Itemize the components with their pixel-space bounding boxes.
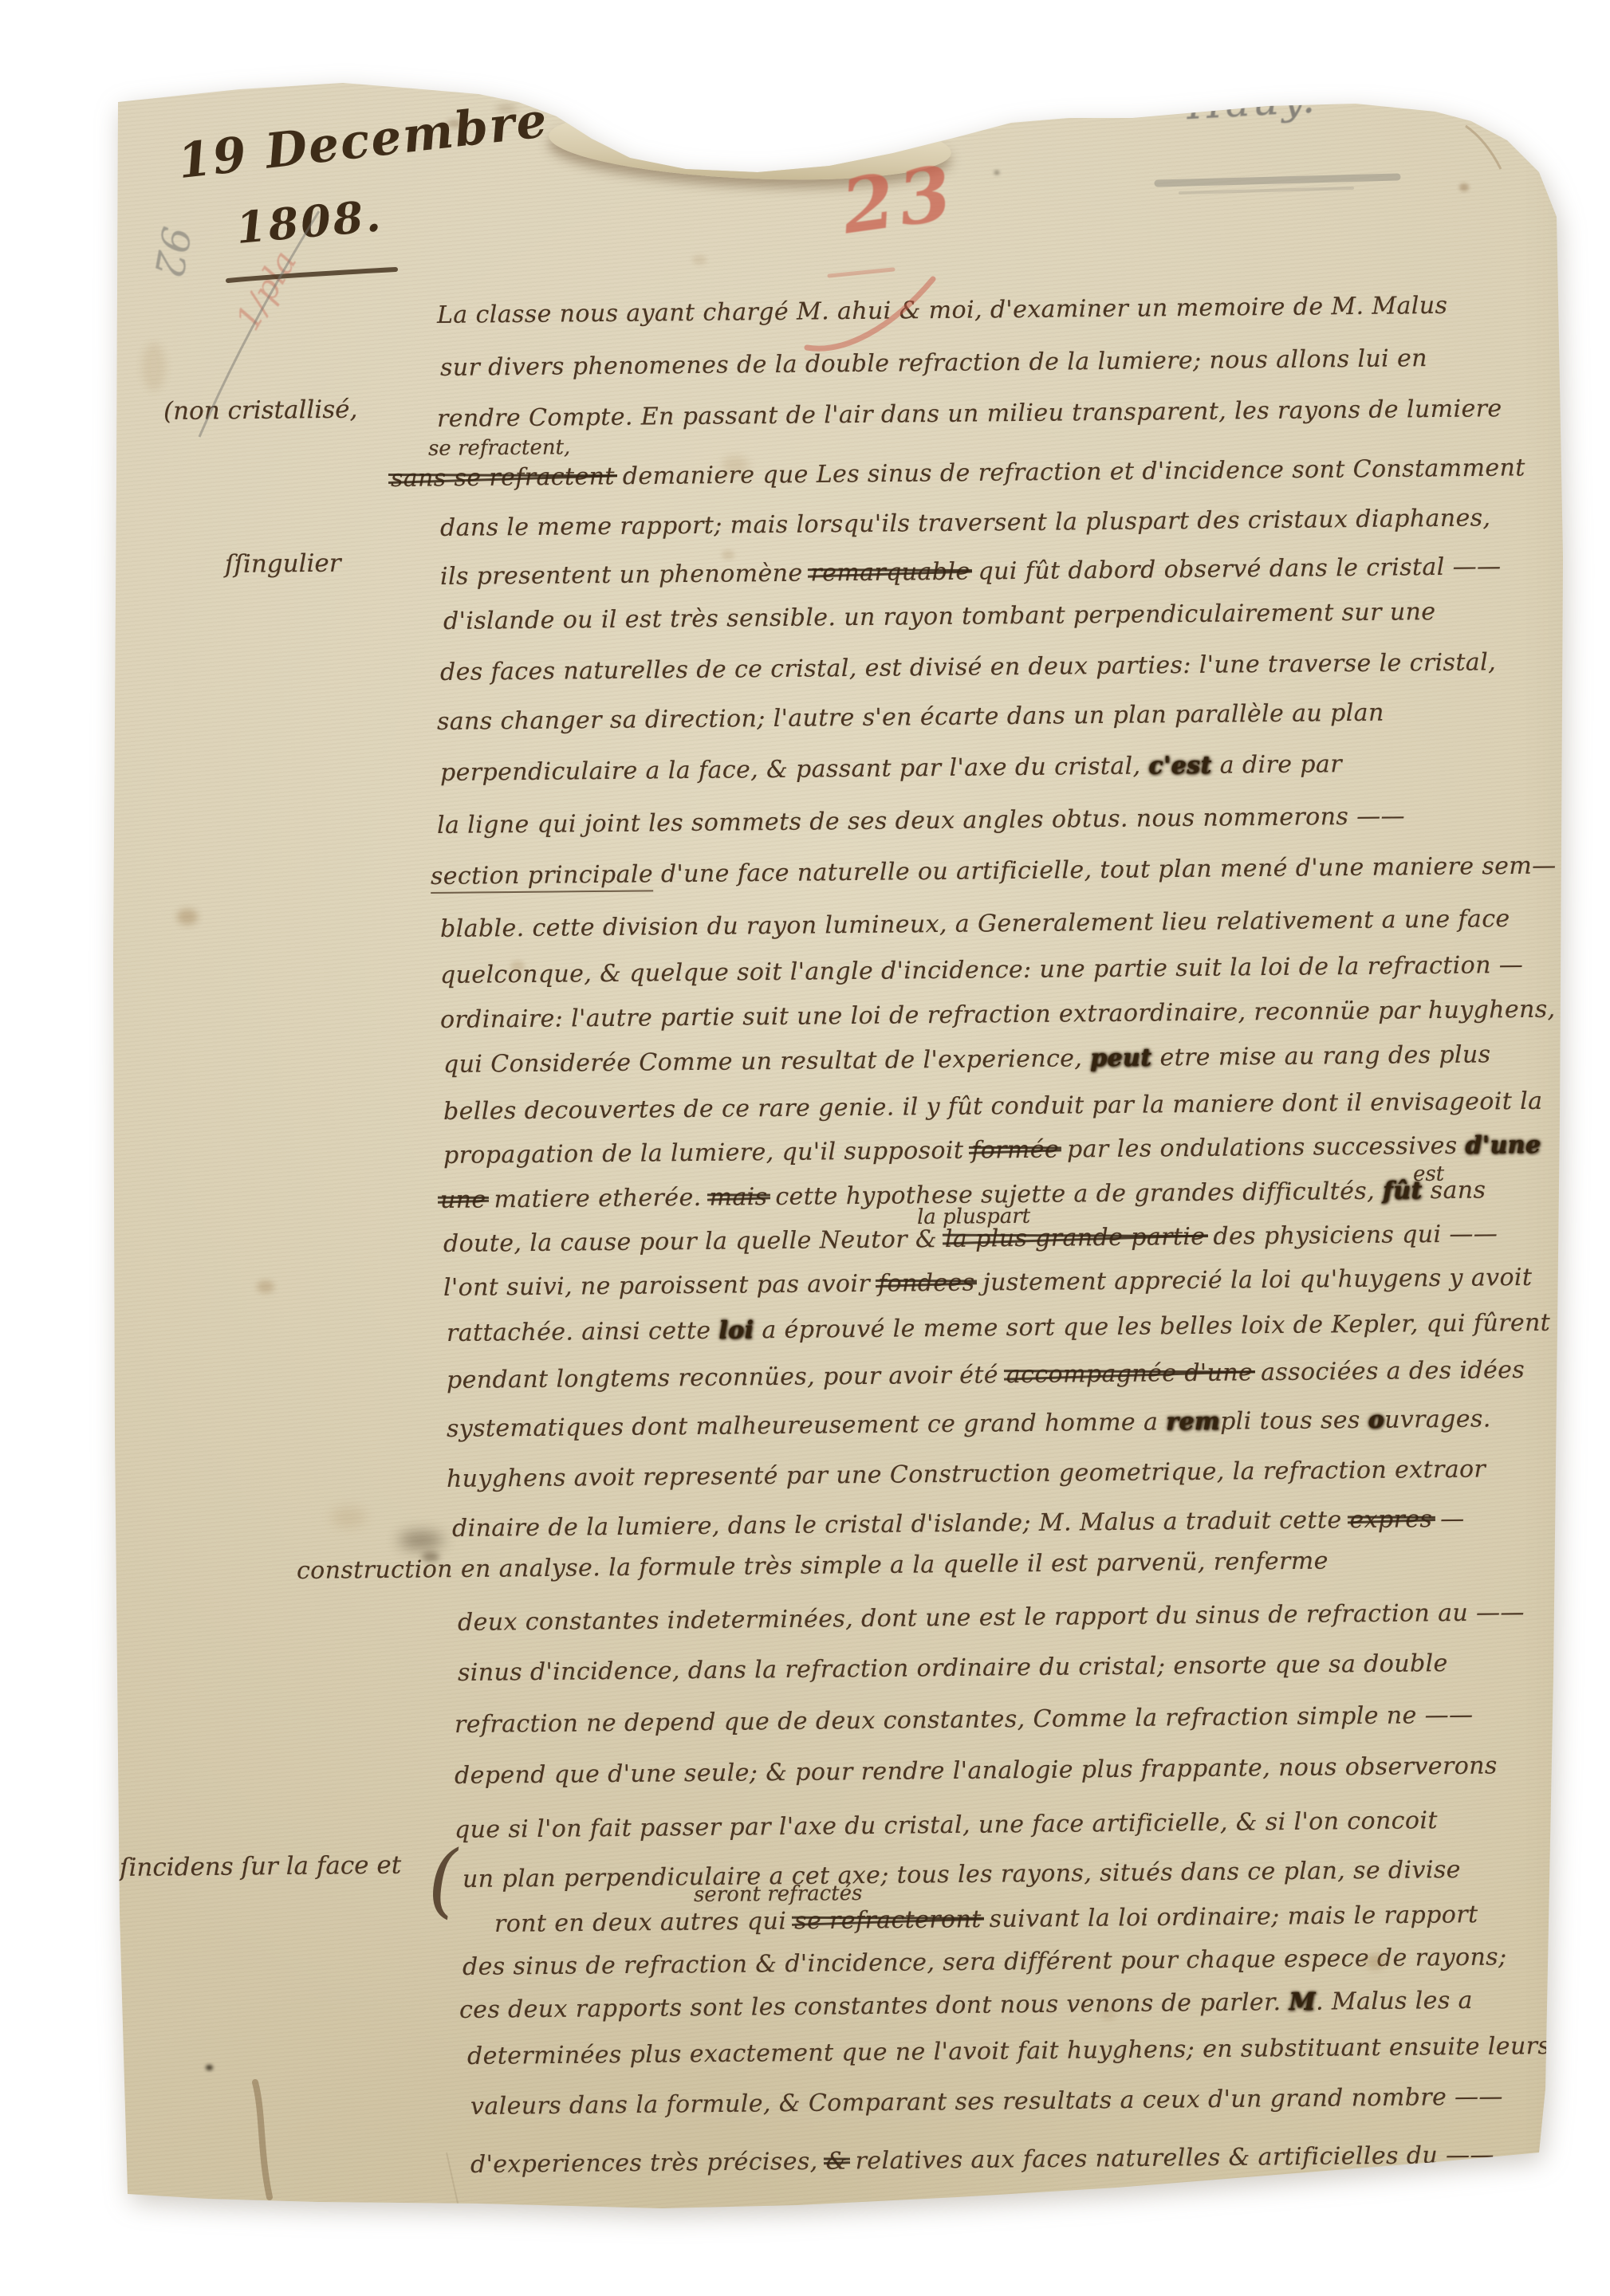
crossed-out-text: mais bbox=[709, 1183, 767, 1212]
manuscript-line: doute, la cause pour la quelle Neutor & … bbox=[443, 1220, 1498, 1258]
handwritten-text: etre mise au rang des plus bbox=[1151, 1040, 1490, 1071]
handwritten-text: des faces naturelles de ce cristal, est … bbox=[440, 648, 1496, 686]
manuscript-line: determinées plus exactement que ne l'avo… bbox=[467, 2032, 1551, 2070]
handwritten-text: relatives aux faces naturelles & artific… bbox=[847, 2141, 1494, 2176]
red-smudge-mark bbox=[829, 269, 893, 276]
handwritten-text: dans le meme rapport; mais lorsqu'ils tr… bbox=[440, 504, 1491, 542]
handwritten-text: refraction ne depend que de deux constan… bbox=[455, 1701, 1474, 1739]
handwritten-text: deux constantes indeterminées, dont une … bbox=[458, 1598, 1525, 1637]
crossed-out-text: sans se refractent bbox=[391, 462, 615, 493]
paper-stain bbox=[331, 1507, 366, 1527]
handwritten-text: qui Considerée Comme un resultat de l'ex… bbox=[443, 1044, 1091, 1079]
handwritten-text: qui fût dabord observé dans le cristal —… bbox=[970, 552, 1501, 585]
pencil-corner-number: 92 bbox=[145, 223, 199, 281]
handwritten-text: M bbox=[1289, 1988, 1316, 2016]
handwritten-text: ordinaire: l'autre partie suit une loi d… bbox=[440, 995, 1588, 1034]
handwritten-text: systematiques dont malheureusement ce gr… bbox=[447, 1408, 1167, 1443]
manuscript-line: blable. cette division du rayon lumineux… bbox=[440, 905, 1510, 943]
manuscript-line: sinus d'incidence, dans la refraction or… bbox=[458, 1649, 1448, 1687]
paper-stain bbox=[142, 343, 166, 391]
red-diagonal-note: 1/pla bbox=[228, 244, 305, 337]
handwritten-text: uvrages. bbox=[1384, 1405, 1491, 1433]
handwritten-text: loi bbox=[718, 1316, 754, 1344]
handwritten-text: un plan perpendiculaire a cet axe; tous … bbox=[463, 1856, 1461, 1893]
paper-stain bbox=[994, 171, 999, 175]
handwritten-text: que si l'on fait passer par l'axe du cri… bbox=[455, 1807, 1438, 1844]
paper-shadow-wrap: 19 Decembre 1808. 23 Haüy. 92 1/pla ( (n… bbox=[0, 0, 1610, 2296]
manuscript-line: que si l'on fait passer par l'axe du cri… bbox=[455, 1807, 1438, 1844]
handwritten-text: . Malus les a bbox=[1316, 1987, 1473, 2016]
handwritten-text: dinaire de la lumiere, dans le cristal d… bbox=[452, 1506, 1350, 1543]
handwritten-text: cette hypothese sujette a de grandes dif… bbox=[767, 1177, 1383, 1211]
handwritten-text: suivant la loi ordinaire; mais le rappor… bbox=[982, 1901, 1478, 1933]
crossed-out-text: une bbox=[440, 1185, 486, 1214]
handwritten-text: sans changer sa direction; l'autre s'en … bbox=[437, 699, 1384, 736]
handwritten-text: construction en analyse. la formule très… bbox=[297, 1547, 1329, 1585]
handwritten-text: pendant longtems reconnües, pour avoir é… bbox=[447, 1361, 1006, 1394]
manuscript-line: ces deux rapports sont les constantes do… bbox=[459, 1987, 1473, 2024]
handwritten-text: des sinus de refraction & d'incidence, s… bbox=[463, 1943, 1507, 1981]
paper-stain bbox=[1459, 183, 1469, 191]
crossed-out-text: formée bbox=[971, 1136, 1059, 1165]
handwritten-text: sur divers phenomenes de la double refra… bbox=[440, 344, 1427, 382]
date-line-2: 1808. bbox=[234, 190, 385, 254]
manuscript-line: systematiques dont malheureusement ce gr… bbox=[447, 1405, 1491, 1443]
handwritten-text: justement apprecié la loi qu'huygens y a… bbox=[974, 1264, 1532, 1297]
pencil-smudge-line-2 bbox=[1180, 188, 1352, 193]
manuscript-line: refraction ne depend que de deux constan… bbox=[455, 1701, 1474, 1739]
crossed-out-text: expres bbox=[1349, 1505, 1432, 1534]
manuscript-line: l'ont suivi, ne paroissent pas avoir fon… bbox=[443, 1264, 1533, 1302]
paper-stain bbox=[177, 909, 198, 925]
handwritten-text: rendre Compte. En passant de l'air dans … bbox=[437, 395, 1502, 433]
scanned-manuscript-photo: 19 Decembre 1808. 23 Haüy. 92 1/pla ( (n… bbox=[0, 0, 1610, 2296]
paper-stain bbox=[206, 2065, 213, 2070]
manuscript-line: sans se refractent demaniere que Les sin… bbox=[391, 454, 1525, 493]
manuscript-line: ront en deux autres qui se refracteront … bbox=[494, 1901, 1478, 1938]
manuscript-line: d'islande ou il est très sensible. un ra… bbox=[443, 598, 1436, 635]
corner-fold-crease bbox=[1466, 126, 1501, 169]
handwritten-text: des physiciens qui —— bbox=[1205, 1220, 1498, 1251]
handwritten-text: ils presentent un phenomène bbox=[440, 560, 811, 591]
handwritten-text: determinées plus exactement que ne l'avo… bbox=[467, 2032, 1551, 2070]
handwritten-text: rattachée. ainsi cette bbox=[447, 1317, 719, 1347]
manuscript-line: dinaire de la lumiere, dans le cristal d… bbox=[452, 1505, 1465, 1543]
margin-note: ſincidens ſur la face et bbox=[120, 1851, 402, 1882]
manuscript-line: valeurs dans la formule, & Comparant ses… bbox=[470, 2083, 1503, 2121]
manuscript-line: rattachée. ainsi cette loi a éprouvé le … bbox=[447, 1309, 1551, 1347]
paper-stain bbox=[692, 255, 707, 265]
crossed-out-text: la plus grande partie bbox=[945, 1223, 1206, 1253]
handwritten-text: peut bbox=[1090, 1044, 1152, 1072]
paper-stain bbox=[399, 1532, 443, 1548]
manuscript-line: rendre Compte. En passant de l'air dans … bbox=[437, 395, 1502, 433]
manuscript-line: dans le meme rapport; mais lorsqu'ils tr… bbox=[440, 504, 1491, 542]
manuscript-line: la ligne qui joint les sommets de ses de… bbox=[437, 802, 1405, 839]
handwritten-text: propagation de la lumiere, qu'il supposo… bbox=[443, 1137, 972, 1170]
handwritten-text: doute, la cause pour la quelle Neutor & bbox=[443, 1225, 945, 1258]
manuscript-line: sur divers phenomenes de la double refra… bbox=[440, 344, 1427, 382]
handwritten-text: par les ondulations successives bbox=[1059, 1132, 1466, 1164]
manuscript-line: pendant longtems reconnües, pour avoir é… bbox=[447, 1356, 1525, 1394]
margin-note: ſſingulier bbox=[225, 549, 341, 579]
paper-stain bbox=[606, 100, 612, 105]
handwritten-text: a dire par bbox=[1212, 750, 1343, 780]
manuscript-line: d'experiences très précises, & relatives… bbox=[470, 2141, 1494, 2179]
handwritten-text: quelconque, & quelque soit l'angle d'inc… bbox=[440, 951, 1524, 989]
manuscript-line: La classe nous ayant chargé M. ahui & mo… bbox=[437, 292, 1448, 329]
crossed-out-text: accompagnée d'une bbox=[1006, 1358, 1254, 1389]
handwritten-text: la ligne qui joint les sommets de ses de… bbox=[437, 802, 1405, 839]
date-line-1: 19 Decembre bbox=[175, 92, 551, 190]
handwritten-text: blable. cette division du rayon lumineux… bbox=[440, 905, 1510, 943]
handwritten-text: sinus d'incidence, dans la refraction or… bbox=[458, 1649, 1448, 1687]
handwritten-text: — bbox=[1432, 1505, 1465, 1533]
handwritten-text: associées a des idées bbox=[1253, 1356, 1525, 1386]
pencil-attribution-name: Haüy. bbox=[1186, 75, 1319, 129]
handwritten-text: La classe nous ayant chargé M. ahui & mo… bbox=[437, 292, 1448, 329]
handwritten-text: valeurs dans la formule, & Comparant ses… bbox=[470, 2083, 1503, 2121]
handwritten-text: perpendiculaire a la face, & passant par… bbox=[440, 752, 1149, 787]
manuscript-line: depend que d'une seule; & pour rendre l'… bbox=[455, 1751, 1498, 1790]
handwritten-text: l'ont suivi, ne paroissent pas avoir bbox=[443, 1270, 878, 1302]
paper-stain bbox=[722, 550, 734, 560]
handwritten-text: d'experiences très précises, bbox=[470, 2148, 826, 2179]
handwritten-text: demaniere que Les sinus de refraction et… bbox=[615, 454, 1525, 490]
manuscript-line: construction en analyse. la formule très… bbox=[297, 1547, 1329, 1585]
margin-brace: ( bbox=[426, 1833, 460, 1927]
handwritten-text: sans bbox=[1423, 1176, 1486, 1205]
handwritten-text: belles decouvertes de ce rare genie. il … bbox=[443, 1087, 1543, 1126]
handwritten-text: pli tous ses bbox=[1220, 1406, 1368, 1436]
pencil-smudge-line bbox=[1158, 177, 1397, 183]
handwritten-text: rem bbox=[1166, 1408, 1220, 1437]
handwritten-text: section principale bbox=[431, 860, 653, 894]
manuscript-line: un plan perpendiculaire a cet axe; tous … bbox=[463, 1856, 1461, 1893]
manuscript-line: une matiere etherée. mais cette hypothes… bbox=[440, 1176, 1486, 1214]
manuscript-line: sans changer sa direction; l'autre s'en … bbox=[437, 699, 1384, 736]
handwritten-text: a éprouvé le meme sort que les belles lo… bbox=[754, 1309, 1550, 1345]
handwritten-text: fût bbox=[1383, 1177, 1423, 1205]
crossed-out-text: se refracteront bbox=[794, 1905, 982, 1935]
paper-stain bbox=[257, 1280, 274, 1293]
manuscript-line: propagation de la lumiere, qu'il supposo… bbox=[443, 1131, 1541, 1170]
handwritten-text: d'une face naturelle ou artificielle, to… bbox=[653, 851, 1557, 888]
manuscript-line: ils presentent un phenomène remarquable … bbox=[440, 552, 1502, 591]
manuscript-line: des faces naturelles de ce cristal, est … bbox=[440, 648, 1496, 686]
brown-streak-bottom bbox=[255, 2082, 270, 2197]
handwritten-text: ront en deux autres qui bbox=[494, 1907, 795, 1938]
bottom-crease bbox=[447, 2152, 459, 2207]
crossed-out-text: fondees bbox=[878, 1269, 975, 1298]
handwritten-text: o bbox=[1368, 1406, 1385, 1434]
manuscript-line: perpendiculaire a la face, & passant par… bbox=[440, 750, 1342, 787]
manuscript-line: ordinaire: l'autre partie suit une loi d… bbox=[440, 995, 1588, 1034]
crossed-out-text: & bbox=[825, 2147, 847, 2175]
manuscript-page: 19 Decembre 1808. 23 Haüy. 92 1/pla ( (n… bbox=[0, 0, 1610, 2296]
manuscript-line: des sinus de refraction & d'incidence, s… bbox=[463, 1943, 1507, 1981]
interline-correction: se refractent, bbox=[428, 435, 570, 461]
manuscript-line: belles decouvertes de ce rare genie. il … bbox=[443, 1087, 1543, 1126]
manuscript-line: quelconque, & quelque soit l'angle d'inc… bbox=[440, 951, 1524, 989]
red-folio-number: 23 bbox=[836, 149, 962, 252]
handwritten-text: ces deux rapports sont les constantes do… bbox=[459, 1988, 1289, 2024]
handwritten-text: d'islande ou il est très sensible. un ra… bbox=[443, 598, 1436, 635]
handwritten-text: depend que d'une seule; & pour rendre l'… bbox=[455, 1751, 1498, 1790]
handwritten-text: matiere etherée. bbox=[486, 1184, 709, 1214]
handwritten-text: d'une bbox=[1465, 1131, 1541, 1160]
manuscript-line: qui Considerée Comme un resultat de l'ex… bbox=[443, 1040, 1491, 1079]
margin-note: (non cristallisé, bbox=[163, 395, 358, 426]
handwritten-text: c'est bbox=[1148, 752, 1212, 780]
manuscript-line: huyghens avoit representé par une Constr… bbox=[447, 1455, 1486, 1493]
crossed-out-text: remarquable bbox=[810, 558, 970, 588]
manuscript-line: section principale d'une face naturelle … bbox=[431, 851, 1557, 890]
manuscript-line: deux constantes indeterminées, dont une … bbox=[458, 1598, 1525, 1637]
paper-stain bbox=[892, 143, 898, 149]
handwritten-text: huyghens avoit representé par une Constr… bbox=[447, 1455, 1486, 1493]
